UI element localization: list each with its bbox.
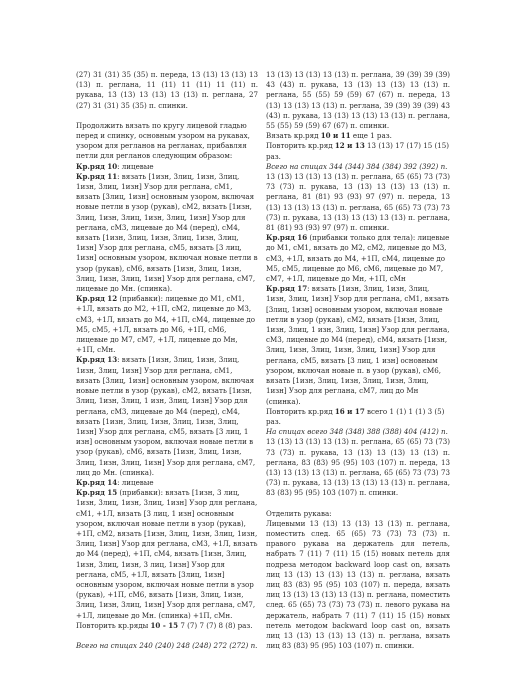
row-10: Кр.ряд 10: лицевые [76,162,258,172]
row-10-label: Кр.ряд 10 [76,162,117,171]
row-12-text: (прибавки): лицевые до М1, сМ1, +1Л, вяз… [76,294,255,354]
repeat-range: 10 - 15 [150,621,178,630]
knit-again-rows: 10 и 11 [321,131,351,140]
row-15-text: (прибавки): вязать [1изн, 3 лиц, 1изн, 3… [76,488,258,619]
separate-sleeves-text: Лицевыми 13 (13) 13 (13) 13 (13) п. регл… [266,519,450,652]
row-17: Кр.ряд 17: вязать [1изн, 3лиц, 1изн, 3ли… [266,284,450,406]
row-14-label: Кр.ряд 14 [76,478,117,487]
repeat-rows-12-13: Повторить кр.ряд 12 и 13 13 (13) 17 (17)… [266,141,450,161]
repeat-12-13-rows: 12 и 13 [335,141,365,150]
knit-rows-again: Вязать кр.ряд 10 и 11 еще 1 раз. [266,131,450,141]
row-11-label: Кр.ряд 11 [76,172,117,181]
row-13-text: : вязать [1изн, 3лиц, 1изн, 3лиц, 1изн, … [76,355,255,476]
total-stitches-2: На спицах всего 348 (348) 388 (388) 404 … [266,427,450,437]
total-stitches-left: Всего на спицах 240 (240) 248 (248) 272 … [76,641,258,651]
knit-again-suffix: еще 1 раз. [351,131,392,140]
row-17-text: : вязать [1изн, 3лиц, 1изн, 3лиц, 1изн, … [266,284,450,405]
row-16: Кр.ряд 16 (прибавки только для тела): ли… [266,233,450,284]
knit-again-prefix: Вязать кр.ряд [266,131,321,140]
row-17-label: Кр.ряд 17 [266,284,307,293]
continue-instructions: Продолжить вязать по кругу лицевой гладь… [76,121,258,162]
row-13: Кр.ряд 13: вязать [1изн, 3лиц, 1изн, 3ли… [76,355,258,477]
row-11-text: : вязать [1изн, 3лиц, 1изн, 3лиц, 1изн, … [76,172,258,293]
repeat-12-13-prefix: Повторить кр.ряд [266,141,335,150]
row-14-text: : лицевые [117,478,153,487]
repeat-rows-10-15: Повторить кр.ряды 10 - 15 7 (7) 7 (7) 8 … [76,621,258,631]
row-11: Кр.ряд 11: вязать [1изн, 3лиц, 1изн, 3ли… [76,172,258,294]
repeat-16-17-prefix: Повторить кр.ряд [266,407,335,416]
row-13-label: Кр.ряд 13 [76,355,117,364]
total-stitches-1: Всего на спицах 344 (344) 384 (384) 392 … [266,162,450,172]
repeat-prefix: Повторить кр.ряды [76,621,150,630]
row-14: Кр.ряд 14: лицевые [76,478,258,488]
row-15-label: Кр.ряд 15 [76,488,117,497]
document-page: (27) 31 (31) 35 (35) п. переда, 13 (13) … [0,0,526,690]
repeat-suffix: 7 (7) 7 (7) 8 (8) раз. [178,621,252,630]
repeat-16-17-rows: 16 и 17 [335,407,365,416]
row-16-label: Кр.ряд 16 [266,233,307,242]
stitch-count-intro: (27) 31 (31) 35 (35) п. переда, 13 (13) … [76,70,258,111]
total-stitches-1-detail: 13 (13) 13 (13) 13 (13) п. реглана, 65 (… [266,172,450,233]
row-15: Кр.ряд 15 (прибавки): вязать [1изн, 3 ли… [76,488,258,621]
left-column: (27) 31 (31) 35 (35) п. переда, 13 (13) … [76,70,258,651]
total-stitches-2-detail: 13 (13) 13 (13) 13 (13) п. реглана, 65 (… [266,437,450,498]
row-10-text: : лицевые [117,162,153,171]
separate-sleeves-heading: Отделить рукава: [266,509,450,519]
right-column: 13 (13) 13 (13) 13 (13) п. реглана, 39 (… [266,70,450,651]
repeat-rows-16-17: Повторить кр.ряд 16 и 17 всего 1 (1) 1 (… [266,407,450,427]
row-12-label: Кр.ряд 12 [76,294,117,303]
stitch-count-intro-right: 13 (13) 13 (13) 13 (13) п. реглана, 39 (… [266,70,450,131]
row-12: Кр.ряд 12 (прибавки): лицевые до М1, сМ1… [76,294,258,355]
